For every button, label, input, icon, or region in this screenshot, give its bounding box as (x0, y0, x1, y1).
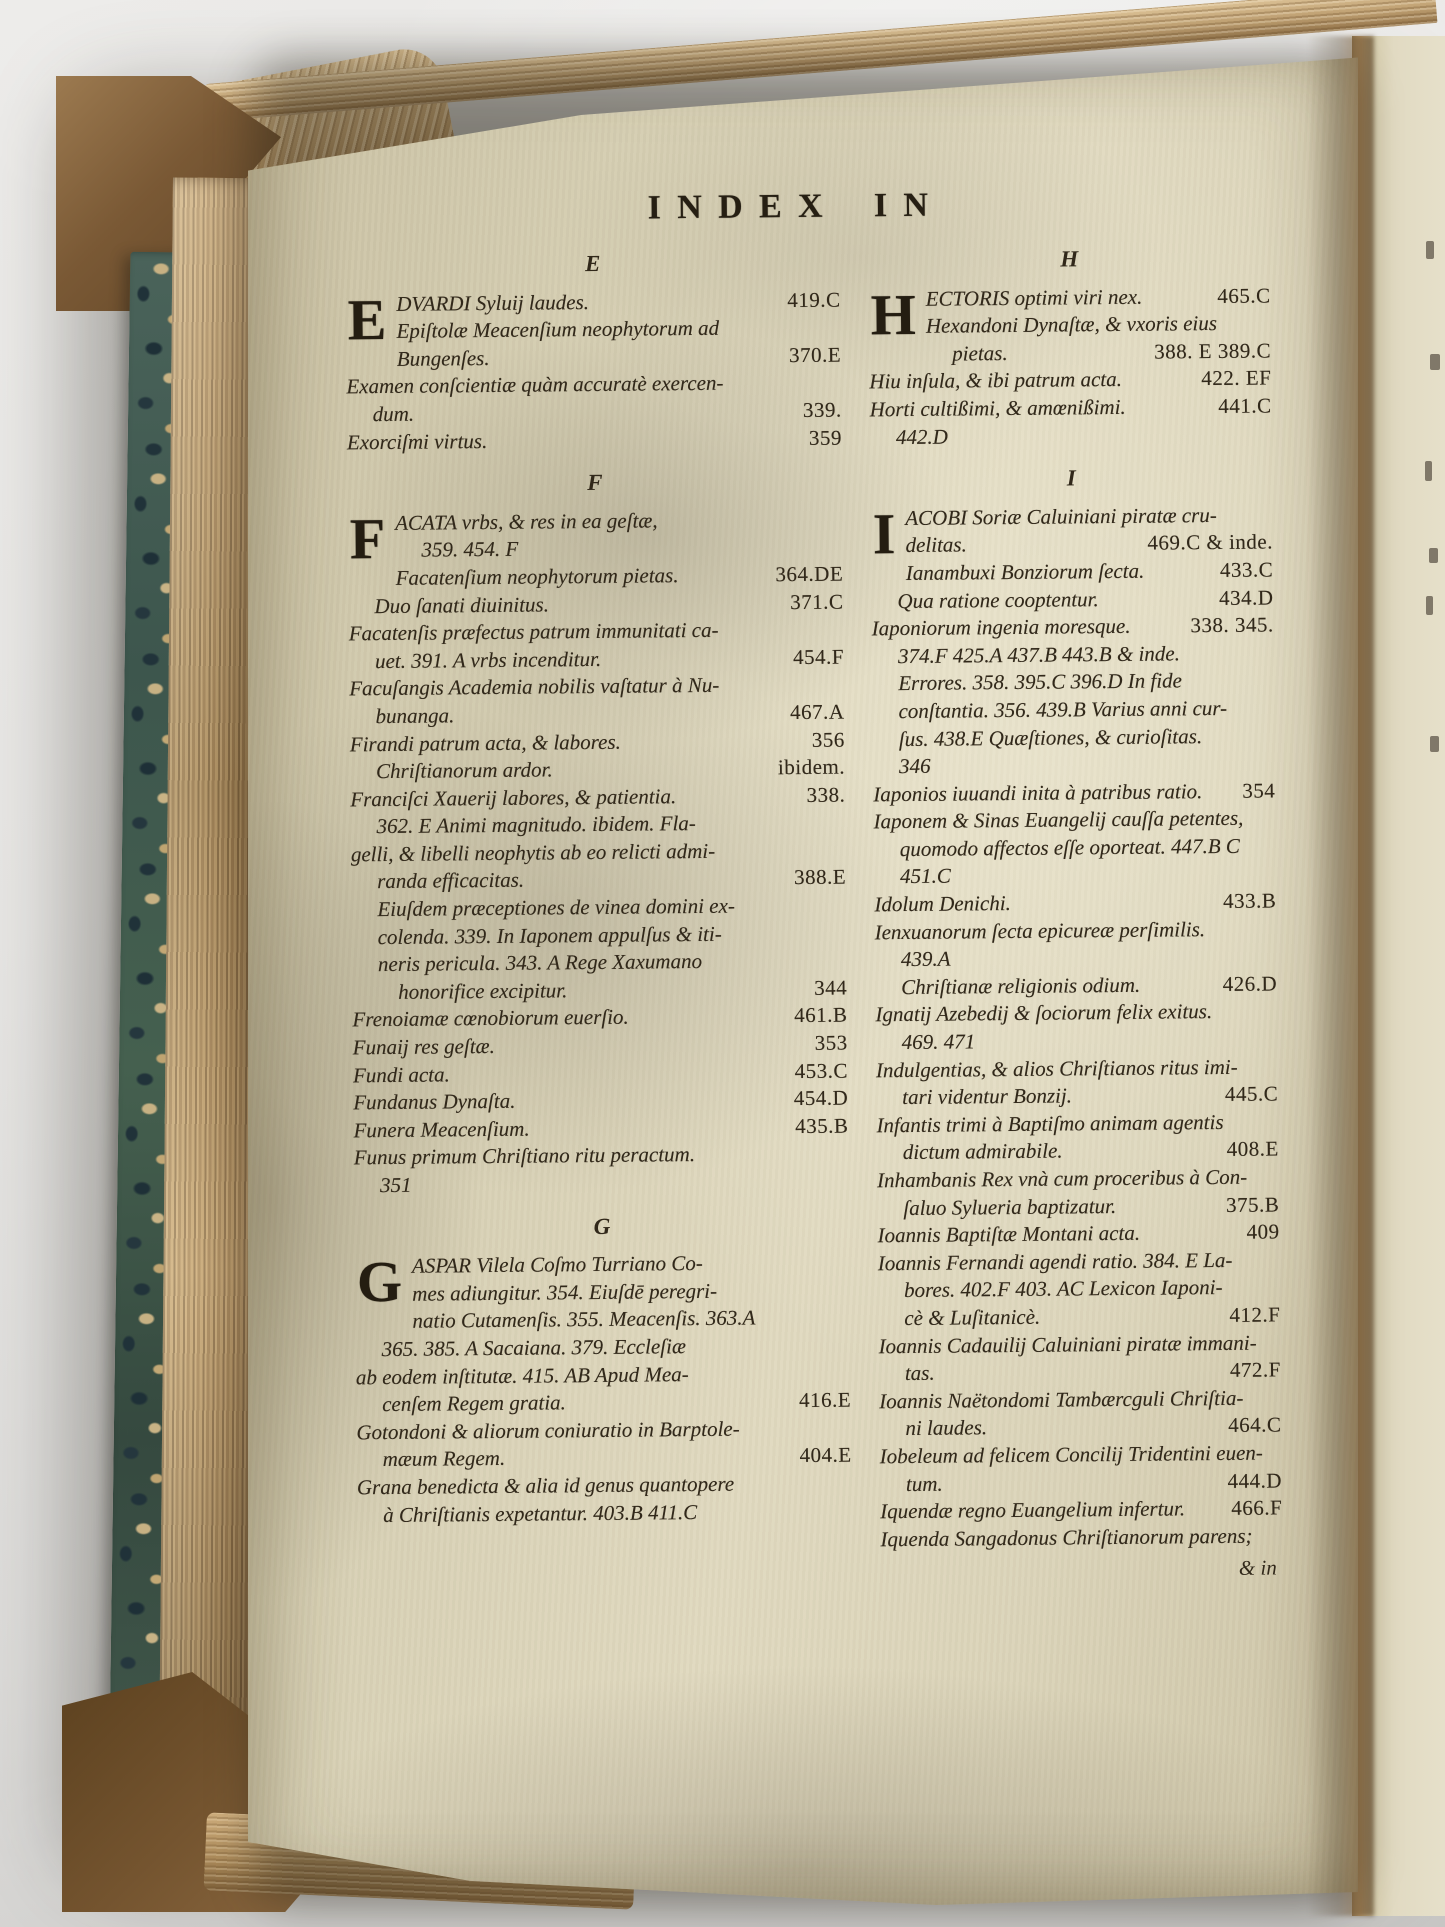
entry-text: Duo ſanati diuinitus. (374, 591, 549, 620)
index-line: bores. 402.F 403. AC Lexicon Iaponi- (878, 1274, 1280, 1305)
index-line: 346 (873, 750, 1275, 781)
leader-space (1131, 632, 1191, 633)
printed-text-layer: INDEX IN EEDVARDI Syluij laudes.419.CEpi… (0, 0, 1445, 1927)
entry-text: Grana benedicta & alia id genus quantope… (357, 1471, 734, 1502)
entry-text: mes adiungitur. 354. Eiuſdē peregri- (412, 1278, 717, 1309)
index-line: ASPAR Vilela Coſmo Turriano Co- (412, 1249, 850, 1281)
page-ref: ibidem. (778, 754, 845, 782)
page-ref: 426.D (1223, 970, 1278, 998)
page-ref: 344 (814, 974, 847, 1002)
entry-text: 469. 471 (902, 1028, 976, 1056)
entry-text: Ioannis Naëtondomi Tambærcguli Chriſtia- (879, 1385, 1243, 1416)
entry-text: Gotondoni & aliorum coniuratio in Barpto… (356, 1415, 739, 1446)
entry-text: bunanga. (375, 702, 454, 730)
entry-text: Facatenſis præfectus patrum immunitati c… (349, 617, 719, 648)
page-ref: 469.C & inde. (1147, 529, 1273, 558)
leader-space (524, 885, 794, 888)
page-ref: 419.C (787, 286, 841, 314)
page-ref: 454.F (793, 643, 844, 671)
leader-space (1142, 303, 1217, 304)
index-entry: natio Cutamenſis. 355. Meacenſis. 363.A3… (355, 1304, 851, 1419)
index-line: ſaluo Sylueria baptizatur.375.B (877, 1191, 1279, 1222)
index-entry: Examen conſcientiæ quàm accuratè exercen… (346, 369, 842, 429)
entry-text: Chriſtianæ religionis odium. (901, 972, 1140, 1002)
index-line: 439.A (875, 943, 1277, 974)
entry-text: honorifice excipitur. (398, 977, 567, 1006)
page-ref: 454.D (794, 1085, 849, 1113)
leader-space (414, 417, 803, 421)
entry-text: colenda. 339. In Iaponem appulſus & iti- (378, 920, 722, 951)
entry-text: Funus primum Chriſtiano ritu peractum. (354, 1141, 696, 1172)
index-entry: Iquenda Sangadonus Chriſtianorum parens; (880, 1522, 1282, 1553)
leader-space (967, 550, 1148, 552)
index-entry: Ioannis Baptiſtæ Montani acta.409 (877, 1219, 1279, 1250)
entry-text: Firandi patrum acta, & labores. (350, 728, 621, 758)
page-ref: 353 (815, 1030, 848, 1058)
index-line: pietas.388. E 389.C (926, 337, 1271, 368)
leader-space (505, 1462, 799, 1465)
index-line: Ioannis Naëtondomi Tambærcguli Chriſtia- (879, 1384, 1281, 1415)
index-line: tari videntur Bonzij.445.C (876, 1081, 1278, 1112)
entry-text: 346 (899, 753, 931, 781)
leader-space (450, 1078, 795, 1081)
entry-text: Epiſtolæ Meacenſium neophytorum ad (396, 315, 719, 346)
index-line: Idolum Denichi.433.B (874, 888, 1276, 919)
index-entry: Iaponios iuuandi inita à patribus ratio.… (873, 777, 1275, 808)
entry-text: 451.C (900, 863, 951, 891)
page-ref: 433.C (1220, 556, 1274, 584)
index-entry: Iobeleum ad felicem Concilij Tridentini … (880, 1439, 1283, 1498)
entry-text: Iquendæ regno Euangelium infertur. (880, 1495, 1185, 1526)
entry-text: 374.F 425.A 437.B 443.B & inde. (898, 640, 1180, 670)
page-ref: 422. EF (1201, 365, 1271, 393)
entry-text: tari videntur Bonzij. (902, 1083, 1072, 1112)
leader-space (566, 1407, 799, 1409)
index-line: 469. 471 (876, 1025, 1278, 1056)
entry-text: Ioannis Fernandi agendi ratio. 384. E La… (878, 1247, 1233, 1278)
entry-text: ſus. 438.E Quæſtiones, & curioſitas. (899, 723, 1203, 754)
index-line: Iquendæ regno Euangelium infertur.466.F (880, 1495, 1282, 1526)
leader-space (549, 609, 790, 611)
entry-text: Errores. 358. 395.C 396.D In fide (898, 668, 1182, 698)
entry-text: ACOBI Soriæ Caluiniani piratæ cru- (905, 502, 1217, 533)
entry-text: Chriſtianorum ardor. (376, 756, 553, 785)
leader-space (553, 774, 778, 776)
index-entry: Idolum Denichi.433.B (874, 888, 1276, 919)
entry-text: Ignatij Azebedij & ſociorum felix exitus… (875, 999, 1212, 1030)
index-line: 442.D (870, 420, 1272, 451)
leader-space (1008, 358, 1155, 359)
page-ref: 445.C (1225, 1081, 1279, 1109)
entry-text: Iaponios iuuandi inita à patribus ratio. (873, 778, 1202, 809)
index-line: Chriſtianæ religionis odium.426.D (875, 970, 1277, 1001)
index-line: Iaponem & Sinas Euangelij cauſſa petente… (873, 805, 1275, 836)
entry-text: uet. 391. A vrbs incenditur. (375, 646, 601, 676)
page-ref: 472.F (1230, 1357, 1281, 1385)
entry-text: 362. E Animi magnitudo. ibidem. Fla- (376, 810, 696, 841)
page-ref: 388.E (794, 864, 846, 892)
entry-text: Funaij res geſtæ. (353, 1033, 495, 1062)
index-entry: Iaponem & Sinas Euangelij cauſſa petente… (873, 805, 1276, 892)
entry-text: Iquenda Sangadonus Chriſtianorum parens; (880, 1522, 1252, 1553)
entry-text: Facuſangis Academia nobilis vaſtatur à N… (349, 672, 719, 703)
entry-text: Indulgentias, & alios Chriſtianos ritus … (876, 1053, 1238, 1084)
left-column: EEDVARDI Syluij laudes.419.CEpiſtolæ Mea… (345, 248, 853, 1592)
entry-text: Ienxuanorum ſecta epicureæ perſimilis. (875, 916, 1206, 947)
index-line: Errores. 358. 395.C 396.D In fide (872, 667, 1274, 698)
entry-text: DVARDI Syluij laudes. (396, 289, 589, 318)
entry-text: 359. 454. F (421, 536, 518, 565)
index-entry: Ioannis Naëtondomi Tambærcguli Chriſtia-… (879, 1384, 1282, 1443)
index-entry: Indulgentias, & alios Chriſtianos ritus … (876, 1053, 1279, 1112)
page-ref: 453.C (795, 1057, 849, 1085)
index-line: Indulgentias, & alios Chriſtianos ritus … (876, 1053, 1278, 1084)
page-ref: 338. (806, 781, 845, 809)
entry-text: 365. 385. A Sacaiana. 379. Eccleſiæ (382, 1333, 687, 1364)
entry-text: cè & Luſitanicè. (904, 1304, 1040, 1333)
entry-text: Infantis trimi à Baptiſmo animam agentis (876, 1109, 1223, 1140)
index-line: Ioannis Baptiſtæ Montani acta.409 (877, 1219, 1279, 1250)
page-ref: 465.C (1217, 282, 1271, 310)
page-ref: 416.E (799, 1387, 851, 1415)
index-line: Epiſtolæ Meacenſium neophytorum ad (396, 314, 841, 346)
index-line: Iobeleum ad felicem Concilij Tridentini … (880, 1439, 1282, 1470)
index-entry: GASPAR Vilela Coſmo Turriano Co-mes adiu… (355, 1249, 851, 1309)
drop-cap-initial: F (350, 512, 386, 566)
entry-text: randa efficacitas. (377, 867, 524, 896)
index-entry: Iquendæ regno Euangelium infertur.466.F (880, 1495, 1282, 1526)
leader-space (495, 1050, 815, 1053)
entry-text: Hiu inſula, & ibi patrum acta. (869, 366, 1122, 396)
entry-text: tum. (906, 1470, 943, 1498)
entry-text: Eiuſdem præceptiones de vinea domini ex- (377, 893, 735, 924)
entry-text: Facatenſium neophytorum pietas. (396, 562, 679, 592)
index-line: Hexandoni Dynaſtæ, & vxoris eius (926, 310, 1271, 341)
book-photo-scene: INDEX IN EEDVARDI Syluij laudes.419.CEpi… (0, 0, 1445, 1927)
index-entry: Ienxuanorum ſecta epicureæ perſimilis.43… (875, 915, 1278, 1002)
index-line: Ignatij Azebedij & ſociorum felix exitus… (875, 998, 1277, 1029)
page-ref: 375.B (1226, 1191, 1280, 1219)
index-line: Iquenda Sangadonus Chriſtianorum parens; (880, 1522, 1282, 1553)
entry-text: dum. (373, 401, 415, 429)
entry-text: ECTORIS optimi viri nex. (926, 283, 1143, 313)
leader-space (987, 1432, 1228, 1434)
index-entry: Franciſci Xauerij labores, & patientia.3… (350, 781, 847, 1006)
page-ref: 338. 345. (1190, 612, 1274, 640)
page-title: INDEX IN (648, 187, 945, 228)
index-entry: Exorciſmi virtus.359 (347, 424, 842, 456)
index-line: DVARDI Syluij laudes.419.C (396, 286, 841, 318)
entry-text: Iobeleum ad felicem Concilij Tridentini … (880, 1440, 1263, 1471)
entry-text: ACATA vrbs, & res in ea geſtæ, (395, 507, 658, 537)
index-entry: FACATA vrbs, & res in ea geſtæ,359. 454.… (348, 505, 844, 565)
index-line: Ioannis Cadauilij Caluiniani piratæ imma… (878, 1329, 1280, 1360)
entry-text: Idolum Denichi. (874, 890, 1011, 919)
page-ref: 433.B (1223, 888, 1277, 916)
index-line: 359. 454. F (395, 533, 843, 565)
section-letter: E (345, 248, 840, 280)
leader-space (1063, 1156, 1227, 1158)
index-line: 374.F 425.A 437.B 443.B & inde. (872, 639, 1274, 670)
index-line: ACOBI Soriæ Caluiniani piratæ cru- (905, 501, 1273, 532)
index-line: conſtantia. 356. 439.B Varius anni cur- (872, 694, 1274, 725)
leader-space (943, 1487, 1228, 1490)
index-entry: Ianambuxi Bonziorum ſecta.433.CQua ratio… (871, 556, 1274, 615)
index-line: natio Cutamenſis. 355. Meacenſis. 363.A (412, 1304, 850, 1336)
entry-text: bores. 402.F 403. AC Lexicon Iaponi- (904, 1274, 1223, 1305)
index-entry: Funus primum Chriſtiano ritu peractum.35… (354, 1140, 850, 1200)
page-ref: 461.B (794, 1002, 848, 1030)
leader-space (1126, 413, 1219, 414)
index-line: Ioannis Fernandi agendi ratio. 384. E La… (878, 1246, 1280, 1277)
page-ref: 371.C (790, 588, 844, 616)
index-line: ſus. 438.E Quæſtiones, & curioſitas. (873, 722, 1275, 753)
entry-text: Ianambuxi Bonziorum ſecta. (906, 558, 1145, 588)
page-ref: 356 (812, 726, 845, 754)
leader-space (567, 995, 814, 997)
index-line: Iaponios iuuandi inita à patribus ratio.… (873, 777, 1275, 808)
page-ref: 354 (1242, 777, 1275, 805)
entry-text: Hexandoni Dynaſtæ, & vxoris eius (926, 310, 1217, 340)
entry-text: Inhambanis Rex vnà cum proceribus à Con- (877, 1164, 1247, 1195)
index-entry: Grana benedicta & alia id genus quantope… (357, 1469, 853, 1529)
index-line: cè & Luſitanicè.412.F (878, 1301, 1280, 1332)
index-entry: Facatenſis præfectus patrum immunitati c… (349, 616, 845, 676)
index-line: Hiu inſula, & ibi patrum acta.422. EF (869, 365, 1271, 396)
section-letter: H (868, 243, 1270, 274)
page-ref: 412.F (1229, 1301, 1280, 1329)
drop-cap-initial: H (870, 287, 916, 341)
entry-text: Ioannis Baptiſtæ Montani acta. (877, 1220, 1140, 1250)
entry-text: quomodo affectos eſſe oporteat. 447.B C (900, 833, 1240, 864)
leader-space (530, 1133, 796, 1136)
index-line: Facatenſium neophytorum pietas.364.DE (396, 561, 844, 593)
page-ref: 434.D (1219, 584, 1274, 612)
entry-text: 439.A (901, 946, 951, 974)
leader-space (601, 664, 793, 666)
entry-text: pietas. (952, 340, 1008, 368)
index-line: Horti cultißimi, & amœnißimi.441.C (870, 392, 1272, 423)
entry-text: tas. (905, 1360, 935, 1388)
entry-text: Examen conſcientiæ quàm accuratè exercen… (346, 370, 723, 401)
entry-text: gelli, & libelli neophytis ab eo relicti… (351, 838, 716, 869)
drop-cap-initial: E (347, 293, 386, 347)
leader-space (621, 746, 812, 748)
index-line: delitas.469.C & inde. (905, 529, 1273, 560)
entry-text: ſaluo Sylueria baptizatur. (903, 1193, 1116, 1223)
entry-text: 351 (380, 1172, 412, 1200)
leader-space (490, 362, 789, 365)
index-line: Exorciſmi virtus.359 (347, 424, 842, 456)
index-entry: Horti cultißimi, & amœnißimi.441.C442.D (870, 392, 1273, 451)
index-entry: Hiu inſula, & ibi patrum acta.422. EF (869, 365, 1271, 396)
page-ref: 464.C (1228, 1412, 1282, 1440)
index-entry: Iaponiorum ingenia moresque.338. 345.374… (872, 612, 1276, 781)
index-entry: Ioannis Fernandi agendi ratio. 384. E La… (878, 1246, 1281, 1333)
leader-space (629, 1023, 794, 1025)
entry-text: dictum admirabile. (903, 1138, 1063, 1167)
index-entry: Ignatij Azebedij & ſociorum felix exitus… (875, 998, 1278, 1057)
entry-text: Bungenſes. (397, 345, 490, 373)
entry-text: Fundi acta. (353, 1061, 450, 1090)
entry-text: Exorciſmi virtus. (347, 428, 488, 457)
page-ref: 441.C (1218, 392, 1272, 420)
entry-text: Fundanus Dynaſta. (353, 1088, 515, 1117)
page-ref: 408.E (1227, 1136, 1279, 1164)
leader-space (1072, 1101, 1225, 1102)
entry-text: Qua ratione cooptentur. (897, 586, 1098, 616)
entry-text: delitas. (905, 532, 967, 560)
index-entry: HECTORIS optimi viri nex.465.CHexandoni … (868, 282, 1271, 341)
leader-space (515, 1105, 793, 1108)
index-line: 351 (354, 1168, 849, 1200)
entry-text: Iaponiorum ingenia moresque. (872, 613, 1131, 643)
index-entry: Inhambanis Rex vnà cum proceribus à Con-… (877, 1163, 1280, 1222)
entry-text: mæum Regem. (383, 1445, 506, 1474)
index-line: Bungenſes.370.E (397, 341, 842, 373)
entry-text: Franciſci Xauerij labores, & patientia. (350, 783, 676, 814)
index-entry: Ioannis Cadauilij Caluiniani piratæ imma… (878, 1329, 1281, 1388)
index-line: mes adiungitur. 354. Eiuſdē peregri- (412, 1276, 850, 1308)
entry-text: conſtantia. 356. 439.B Varius anni cur- (898, 695, 1227, 726)
entry-text: Frenoiamæ cœnobiorum euerſio. (352, 1004, 629, 1034)
index-entry: Gotondoni & aliorum coniuratio in Barpto… (356, 1414, 852, 1474)
index-line: ECTORIS optimi viri nex.465.C (926, 282, 1271, 313)
catchword: & in (881, 1555, 1283, 1586)
index-entry: EDVARDI Syluij laudes.419.CEpiſtolæ Meac… (345, 286, 841, 346)
index-line: tas.472.F (879, 1357, 1281, 1388)
entry-text: ASPAR Vilela Coſmo Turriano Co- (412, 1250, 703, 1280)
entry-text: Iaponem & Sinas Euangelij cauſſa petente… (873, 805, 1243, 836)
leader-space (676, 802, 806, 803)
leader-space (1099, 605, 1219, 606)
index-entry: pietas.388. E 389.C (869, 337, 1271, 368)
index-line: quomodo affectos eſſe oporteat. 447.B C (874, 832, 1276, 863)
page-ref: 467.A (790, 699, 845, 727)
index-entry: Firandi patrum acta, & labores.356Chriſt… (350, 726, 846, 786)
leader-space (1040, 1322, 1229, 1324)
leader-space (1011, 908, 1223, 910)
index-line: Qua ratione cooptentur.434.D (871, 584, 1273, 615)
page-ref: 388. E 389.C (1154, 337, 1271, 366)
index-line: Infantis trimi à Baptiſmo animam agentis (876, 1108, 1278, 1139)
index-columns: EEDVARDI Syluij laudes.419.CEpiſtolæ Mea… (345, 243, 1283, 1591)
index-entry: IACOBI Soriæ Caluiniani piratæ cru-delit… (871, 501, 1274, 560)
entry-text: à Chriſtianis expetantur. 403.B 411.C (383, 1499, 697, 1530)
page-ref: 339. (803, 397, 842, 425)
index-line: tum.444.D (880, 1467, 1282, 1498)
leader-space (589, 307, 787, 309)
leader-space (1140, 1239, 1246, 1240)
page-ref: 370.E (789, 341, 841, 369)
entry-text: Funera Meacenſium. (353, 1115, 529, 1144)
entry-text: neris pericula. 343. A Rege Xaxumano (378, 948, 702, 979)
leader-space (1116, 1212, 1226, 1213)
index-line: Ianambuxi Bonziorum ſecta.433.C (906, 556, 1274, 587)
drop-cap-initial: I (873, 507, 896, 561)
leader-space (935, 1377, 1230, 1380)
section-letter: F (347, 467, 842, 499)
right-column: HHECTORIS optimi viri nex.465.CHexandoni… (868, 243, 1283, 1586)
index-line: ACATA vrbs, & res in ea geſtæ, (395, 505, 843, 537)
leader-space (1144, 577, 1220, 578)
page-ref: 409 (1246, 1219, 1279, 1247)
index-entry: Facuſangis Academia nobilis vaſtatur à N… (349, 671, 845, 731)
entry-text: ni laudes. (905, 1415, 987, 1443)
page-ref: 466.F (1231, 1495, 1282, 1523)
index-line: 451.C (874, 860, 1276, 891)
index-line: ni laudes.464.C (879, 1412, 1281, 1443)
leader-space (487, 444, 809, 447)
page-ref: 359 (809, 424, 842, 452)
index-line: Iaponiorum ingenia moresque.338. 345. (872, 612, 1274, 643)
page-ref: 364.DE (775, 561, 843, 589)
leader-space (1140, 991, 1223, 992)
page-ref: 435.B (795, 1112, 849, 1140)
index-line: Ienxuanorum ſecta epicureæ perſimilis. (875, 915, 1277, 946)
section-letter: G (354, 1210, 849, 1242)
index-line: dictum admirabile.408.E (877, 1136, 1279, 1167)
entry-text: Horti cultißimi, & amœnißimi. (870, 394, 1126, 424)
entry-text: cenſem Regem gratia. (382, 1389, 566, 1418)
leader-space (679, 581, 776, 582)
entry-text: ab eodem inſtitutæ. 415. AB Apud Mea- (356, 1361, 689, 1392)
entry-text: natio Cutamenſis. 355. Meacenſis. 363.A (412, 1305, 755, 1336)
index-entry: Infantis trimi à Baptiſmo animam agentis… (876, 1108, 1279, 1167)
index-line: Inhambanis Rex vnà cum proceribus à Con- (877, 1163, 1279, 1194)
page-ref: 404.E (799, 1442, 851, 1470)
entry-text: 442.D (896, 423, 948, 451)
section-letter: I (870, 463, 1272, 494)
leader-space (454, 719, 790, 722)
drop-cap-initial: G (357, 1255, 403, 1309)
entry-text: Ioannis Cadauilij Caluiniani piratæ imma… (878, 1329, 1256, 1360)
page-ref: 444.D (1227, 1467, 1282, 1495)
leader-space (1122, 386, 1201, 387)
index-line: à Chriſtianis expetantur. 403.B 411.C (357, 1497, 852, 1529)
